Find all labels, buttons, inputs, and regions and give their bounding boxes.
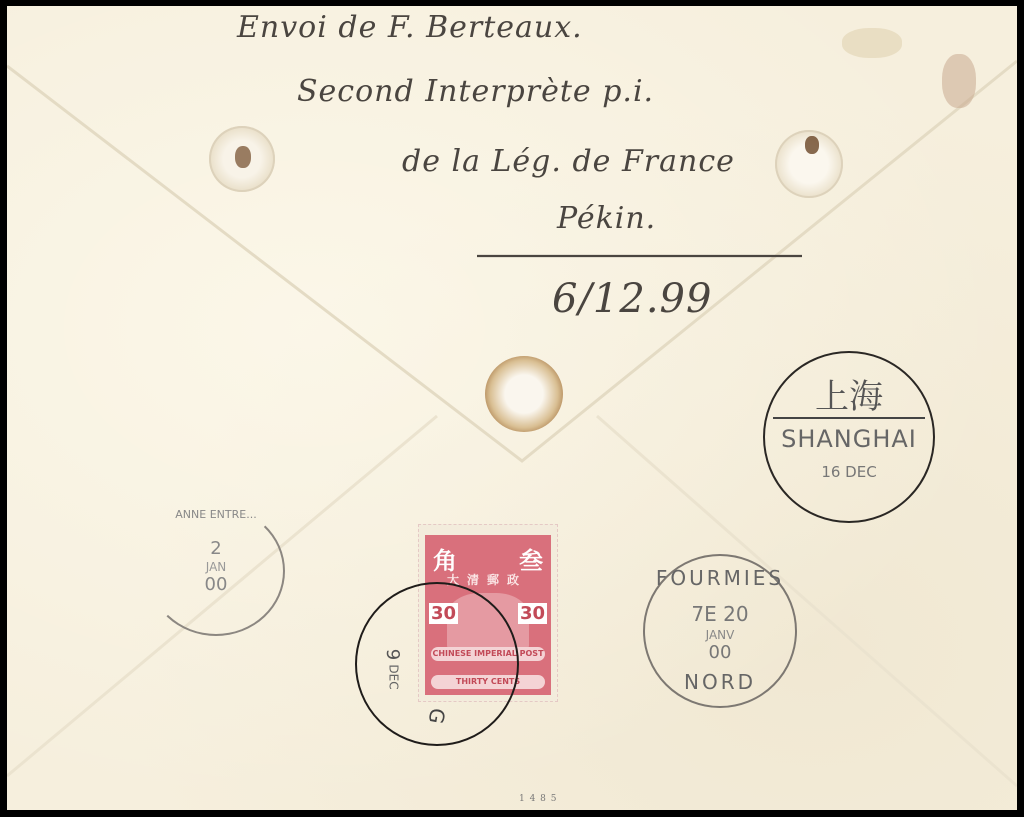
- wax-seal-bottom: [485, 356, 563, 432]
- envelope-back: Envoi de F. Berteaux. Second Interprète …: [7, 6, 1017, 810]
- sender-legation: de la Lég. de France: [402, 144, 735, 179]
- seal-stain-left: [235, 146, 251, 168]
- postmark-left-partial: ANNE ENTRE... 2 JAN 00: [147, 506, 285, 636]
- bottom-pencil-mark: 1 4 8 5: [519, 794, 558, 804]
- postmark-fourmies: FOURMIES 7E 20 JANV 00 NORD: [643, 554, 797, 708]
- sent-date: 6/12.99: [552, 276, 712, 322]
- sender-name: Envoi de F. Berteaux.: [237, 10, 583, 45]
- sender-title: Second Interprète p.i.: [297, 74, 654, 109]
- postmark-shanghai: 上海 SHANGHAI 16 DEC: [763, 351, 935, 523]
- age-stain-top-right: [942, 54, 976, 108]
- age-stain-top: [842, 28, 902, 58]
- postmark-peking: 9 DEC G: [355, 582, 519, 746]
- seal-stain-right: [805, 136, 819, 154]
- sender-city: Pékin.: [557, 201, 656, 236]
